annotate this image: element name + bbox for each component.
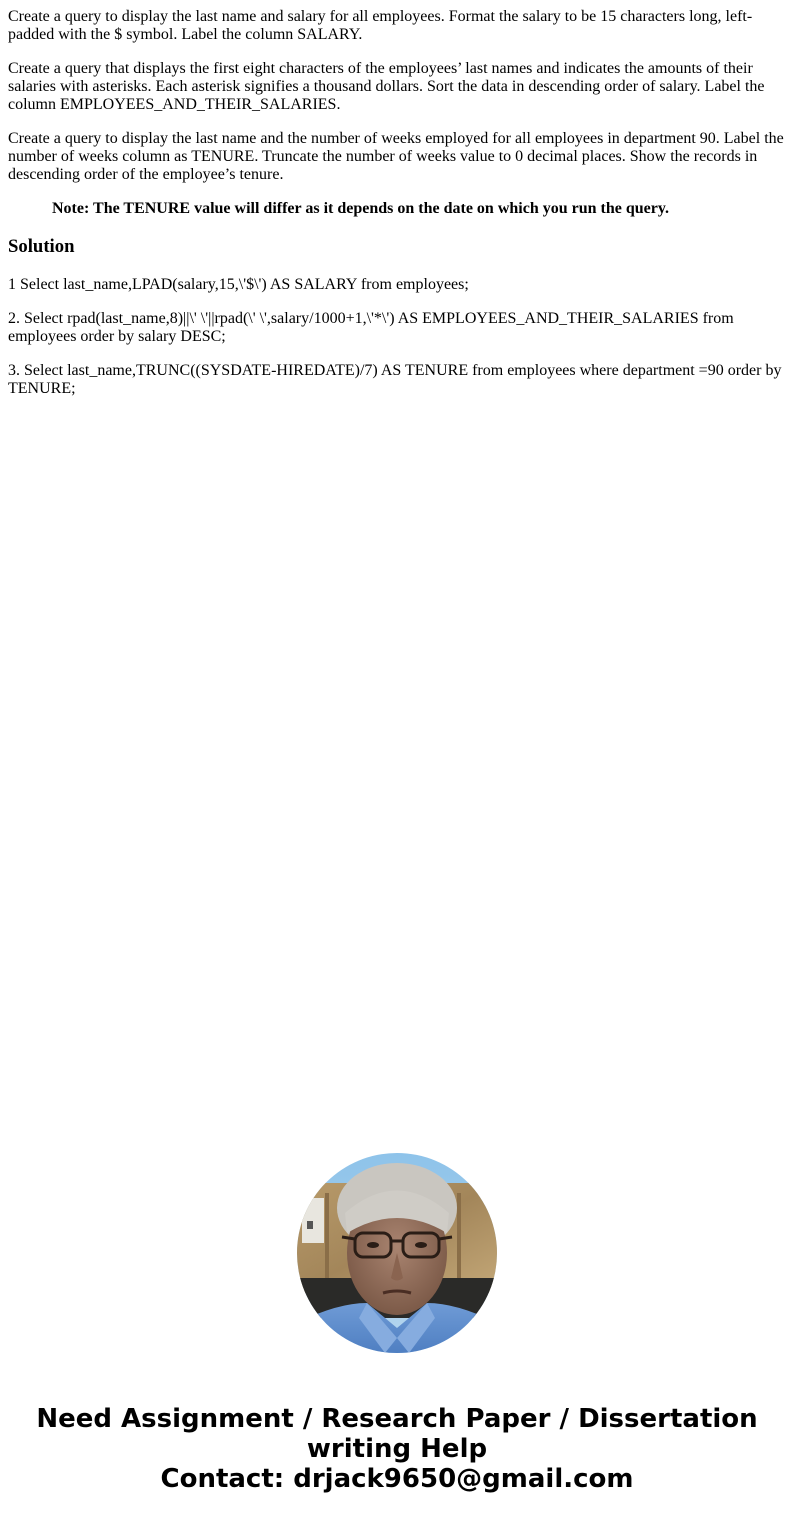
solution-line-2: 2. Select rpad(last_name,8)||\' \'||rpad… — [8, 310, 786, 346]
solution-heading: Solution — [8, 236, 786, 258]
document-body: Create a query to display the last name … — [8, 0, 786, 406]
question-paragraph-2: Create a query that displays the first e… — [8, 60, 786, 114]
promo-banner: Need Assignment / Research Paper / Disse… — [0, 1404, 794, 1494]
question-paragraph-1: Create a query to display the last name … — [8, 8, 786, 44]
promo-contact: Contact: drjack9650@gmail.com — [0, 1464, 794, 1494]
solution-line-1: 1 Select last_name,LPAD(salary,15,\'$\')… — [8, 276, 786, 294]
promo-line-2: writing Help — [0, 1434, 794, 1464]
author-photo-icon — [297, 1153, 497, 1353]
tenure-note: Note: The TENURE value will differ as it… — [52, 200, 786, 218]
solution-line-3: 3. Select last_name,TRUNC((SYSDATE-HIRED… — [8, 362, 786, 398]
promo-line-1: Need Assignment / Research Paper / Disse… — [0, 1404, 794, 1434]
question-paragraph-3: Create a query to display the last name … — [8, 130, 786, 184]
author-avatar — [297, 1153, 497, 1353]
